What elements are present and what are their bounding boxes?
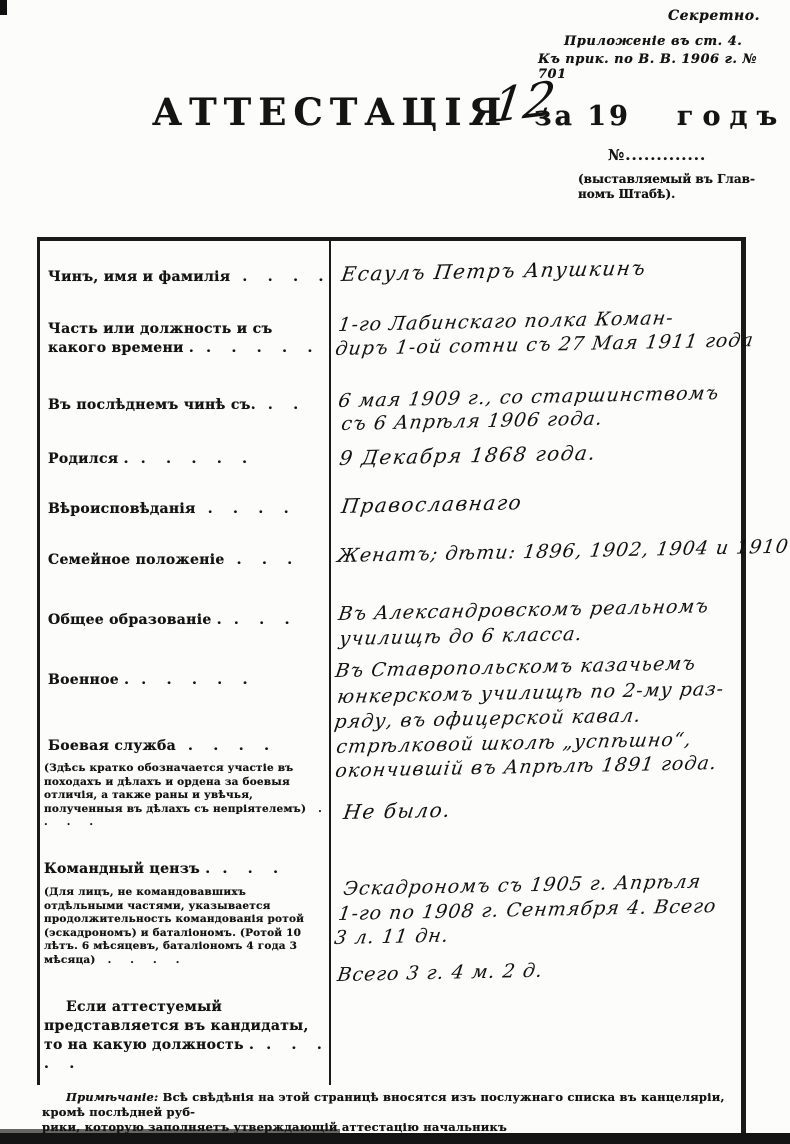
field-label-unit-position: Часть или должность и съ какого времени … <box>48 320 330 358</box>
field-note-command-census: (Для лицъ, не командовавшихъ отдѣльными … <box>44 886 328 967</box>
document-title: АТТЕСТАЦІЯ за 19 годъ <box>152 90 786 134</box>
value-last-rank-line1: 6 мая 1909 г., со старшинствомъ <box>337 382 721 412</box>
attestation-document-page: Секретно. Приложеніе въ ст. 4. Къ прик. … <box>0 0 790 1144</box>
title-word-attestation: АТТЕСТАЦІЯ <box>152 90 508 134</box>
value-general-education-line2: училищѣ до 6 класса. <box>338 623 584 650</box>
field-note-combat-service: (Здѣсь кратко обозначается участіе въ по… <box>44 762 328 830</box>
number-field: №............. <box>608 146 706 164</box>
table-border-top <box>37 237 746 241</box>
field-label-candidate-position: Если аттестуемый представляется въ канди… <box>44 998 326 1074</box>
field-label-military-education: Военное .. . . . . <box>48 671 330 690</box>
value-military-education-line3: ряду, въ офицерской кавал. <box>333 705 643 733</box>
handwritten-year: 12 <box>489 71 559 134</box>
value-command-census-line2: 1-го по 1908 г. Сентября 4. Всего <box>337 895 718 925</box>
number-note-line1: (выставляемый въ Глав- <box>578 172 755 187</box>
value-general-education-line1: Въ Александровскомъ реальномъ <box>337 595 711 625</box>
number-note-line2: номъ Штабѣ). <box>578 187 755 202</box>
field-label-general-education: Общее образованіе .. . . <box>48 611 330 630</box>
value-family-status: Женатъ; дѣти: 1896, 1902, 1904 и 1910 г. <box>336 535 790 567</box>
field-label-command-census: Командный цензъ .. . . <box>44 860 326 879</box>
value-combat-service: Не было. <box>342 798 453 824</box>
secret-stamp: Секретно. <box>668 8 760 24</box>
field-label-family-status: Семейное положеніе. . . <box>48 551 330 570</box>
value-military-education-line1: Въ Ставропольскомъ казачьемъ <box>334 652 698 682</box>
table-border-left <box>37 237 40 1085</box>
value-born: 9 Декабря 1868 года. <box>338 441 598 470</box>
reference-line-1: Приложеніе въ ст. 4. <box>564 34 742 49</box>
field-label-religion: Вѣроисповѣданія. . . . <box>48 500 330 519</box>
value-command-census-line4: Всего 3 г. 4 м. 2 д. <box>336 960 545 986</box>
scan-artifact-corner <box>0 0 7 15</box>
field-label-combat-service: Боевая служба. . . . <box>48 737 330 756</box>
footnote-lead: Примѣчаніе: <box>66 1090 158 1104</box>
table-column-divider <box>329 240 331 1085</box>
field-label-born: Родился .. . . . . <box>48 450 330 469</box>
title-year-suffix: годъ <box>677 101 786 132</box>
value-last-rank-line2: съ 6 Апрѣля 1906 года. <box>340 408 604 435</box>
reference-line-2: Къ прик. по В. В. 1906 г. № 701 <box>538 52 790 82</box>
value-religion: Православнаго <box>340 490 524 518</box>
scan-artifact-bottom-edge <box>0 1133 790 1144</box>
value-rank-name: Есаулъ Петръ Апушкинъ <box>340 256 648 286</box>
value-military-education-line2: юнкерскомъ училищѣ по 2-му раз- <box>336 678 726 708</box>
field-label-rank-name: Чинъ, имя и фамилія. . . . <box>48 268 330 287</box>
number-note: (выставляемый въ Глав- номъ Штабѣ). <box>578 172 755 202</box>
value-command-census-line3: 3 л. 11 дн. <box>333 925 451 949</box>
table-border-right <box>741 237 746 1138</box>
field-label-last-rank-since: Въ послѣднемъ чинѣ съ.. . <box>48 396 330 415</box>
